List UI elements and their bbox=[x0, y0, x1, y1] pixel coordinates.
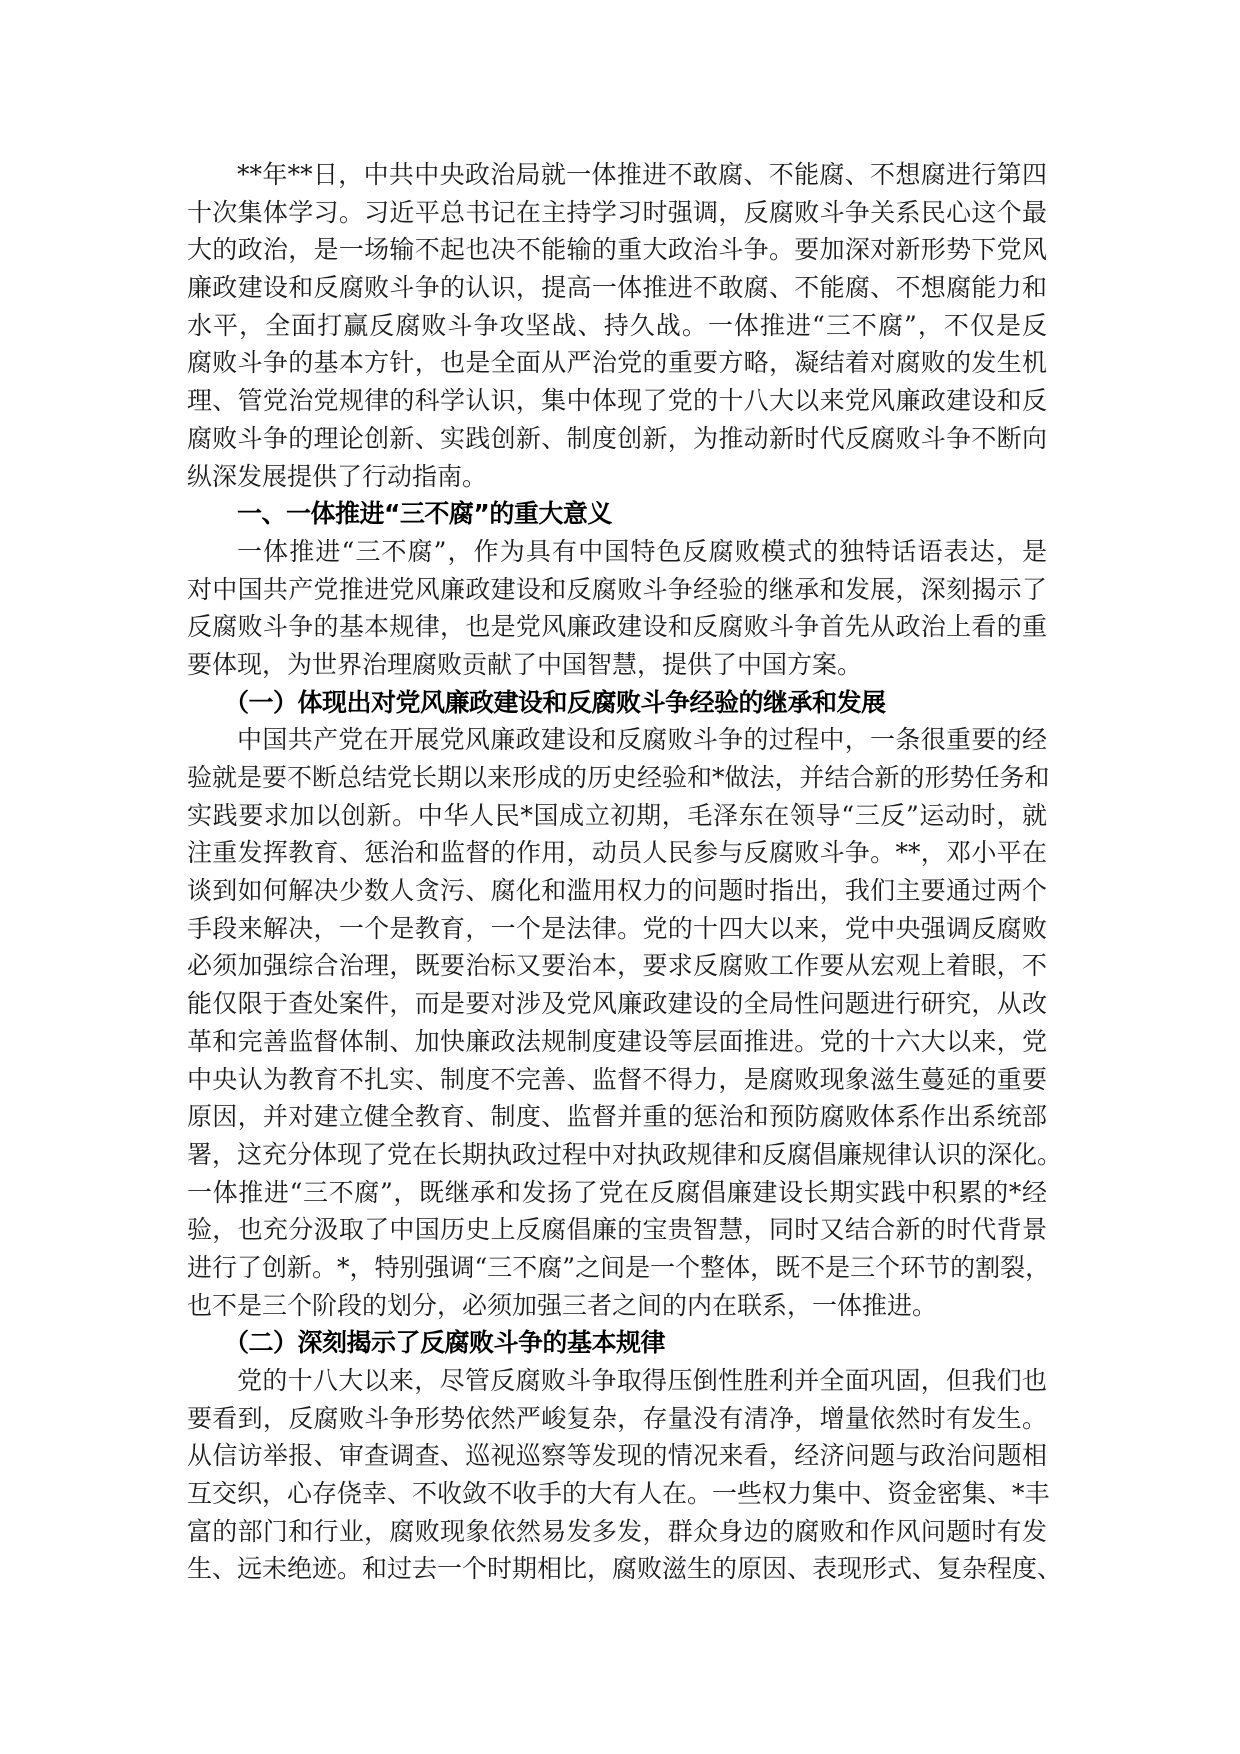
subsection-heading-2: （二）深刻揭示了反腐败斗争的基本规律 bbox=[187, 1324, 1047, 1362]
text-line: 一体推进“三不腐”，作为具有中国特色反腐败模式的独特话语表达，是 bbox=[187, 533, 1047, 571]
text-line: 实践要求加以创新。中华人民*国成立初期，毛泽东在领导“三反”运动时，就 bbox=[187, 797, 1047, 835]
text-line: 腐败斗争的理论创新、实践创新、制度创新，为推动新时代反腐败斗争不断向 bbox=[187, 420, 1047, 458]
paragraph-intro: **年**日，中共中央政治局就一体推进不敢腐、不能腐、不想腐进行第四 十次集体学… bbox=[187, 156, 1047, 495]
paragraph-significance: 一体推进“三不腐”，作为具有中国特色反腐败模式的独特话语表达，是 对中国共产党推… bbox=[187, 533, 1047, 684]
text-line: 理、管党治党规律的科学认识，集中体现了党的十八大以来党风廉政建设和反 bbox=[187, 382, 1047, 420]
document-page: **年**日，中共中央政治局就一体推进不敢腐、不能腐、不想腐进行第四 十次集体学… bbox=[187, 156, 1047, 1588]
text-line: 要体现，为世界治理腐败贡献了中国智慧，提供了中国方案。 bbox=[187, 646, 1047, 684]
text-line: 生、远未绝迹。和过去一个时期相比，腐败滋生的原因、表现形式、复杂程度、 bbox=[187, 1550, 1047, 1588]
text-line: 注重发挥教育、惩治和监督的作用，动员人民参与反腐败斗争。**，邓小平在 bbox=[187, 834, 1047, 872]
paragraph-inheritance: 中国共产党在开展党风廉政建设和反腐败斗争的过程中，一条很重要的经 验就是要不断总… bbox=[187, 721, 1047, 1324]
text-line: 反腐败斗争的基本规律，也是党风廉政建设和反腐败斗争首先从政治上看的重 bbox=[187, 608, 1047, 646]
text-line: 十次集体学习。习近平总书记在主持学习时强调，反腐败斗争关系民心这个最 bbox=[187, 194, 1047, 232]
text-line: 手段来解决，一个是教育，一个是法律。党的十四大以来，党中央强调反腐败 bbox=[187, 910, 1047, 948]
text-line: 从信访举报、审查调查、巡视巡察等发现的情况来看，经济问题与政治问题相 bbox=[187, 1437, 1047, 1475]
text-line: 进行了创新。*，特别强调“三不腐”之间是一个整体，既不是三个环节的割裂， bbox=[187, 1249, 1047, 1287]
paragraph-basic-law: 党的十八大以来，尽管反腐败斗争取得压倒性胜利并全面巩固，但我们也 要看到，反腐败… bbox=[187, 1362, 1047, 1588]
text-line: 一体推进“三不腐”，既继承和发扬了党在反腐倡廉建设长期实践中积累的*经 bbox=[187, 1174, 1047, 1212]
text-line: 大的政治，是一场输不起也决不能输的重大政治斗争。要加深对新形势下党风 bbox=[187, 231, 1047, 269]
section-heading-1: 一、一体推进“三不腐”的重大意义 bbox=[187, 495, 1047, 533]
text-line: 水平，全面打赢反腐败斗争攻坚战、持久战。一体推进“三不腐”，不仅是反 bbox=[187, 307, 1047, 345]
text-line: 中央认为教育不扎实、制度不完善、监督不得力，是腐败现象滋生蔓延的重要 bbox=[187, 1061, 1047, 1099]
text-line: 也不是三个阶段的划分，必须加强三者之间的内在联系，一体推进。 bbox=[187, 1287, 1047, 1325]
subsection-heading-1: （一）体现出对党风廉政建设和反腐败斗争经验的继承和发展 bbox=[187, 684, 1047, 722]
text-line: 革和完善监督体制、加快廉政法规制度建设等层面推进。党的十六大以来，党 bbox=[187, 1023, 1047, 1061]
text-line: 谈到如何解决少数人贪污、腐化和滥用权力的问题时指出，我们主要通过两个 bbox=[187, 872, 1047, 910]
text-line: 腐败斗争的基本方针，也是全面从严治党的重要方略，凝结着对腐败的发生机 bbox=[187, 344, 1047, 382]
text-line: 富的部门和行业，腐败现象依然易发多发，群众身边的腐败和作风问题时有发 bbox=[187, 1513, 1047, 1551]
text-line: 必须加强综合治理，既要治标又要治本，要求反腐败工作要从宏观上着眼，不 bbox=[187, 947, 1047, 985]
text-line: 纵深发展提供了行动指南。 bbox=[187, 458, 1047, 496]
text-line: 党的十八大以来，尽管反腐败斗争取得压倒性胜利并全面巩固，但我们也 bbox=[187, 1362, 1047, 1400]
text-line: 对中国共产党推进党风廉政建设和反腐败斗争经验的继承和发展，深刻揭示了 bbox=[187, 571, 1047, 609]
text-line: 要看到，反腐败斗争形势依然严峻复杂，存量没有清净，增量依然时有发生。 bbox=[187, 1400, 1047, 1438]
text-line: 互交织，心存侥幸、不收敛不收手的大有人在。一些权力集中、资金密集、*丰 bbox=[187, 1475, 1047, 1513]
text-line: 验，也充分汲取了中国历史上反腐倡廉的宝贵智慧，同时又结合新的时代背景 bbox=[187, 1211, 1047, 1249]
text-line: **年**日，中共中央政治局就一体推进不敢腐、不能腐、不想腐进行第四 bbox=[187, 156, 1047, 194]
text-line: 验就是要不断总结党长期以来形成的历史经验和*做法，并结合新的形势任务和 bbox=[187, 759, 1047, 797]
text-line: 中国共产党在开展党风廉政建设和反腐败斗争的过程中，一条很重要的经 bbox=[187, 721, 1047, 759]
text-line: 廉政建设和反腐败斗争的认识，提高一体推进不敢腐、不能腐、不想腐能力和 bbox=[187, 269, 1047, 307]
text-line: 署，这充分体现了党在长期执政过程中对执政规律和反腐倡廉规律认识的深化。 bbox=[187, 1136, 1047, 1174]
text-line: 原因，并对建立健全教育、制度、监督并重的惩治和预防腐败体系作出系统部 bbox=[187, 1098, 1047, 1136]
text-line: 能仅限于查处案件，而是要对涉及党风廉政建设的全局性问题进行研究，从改 bbox=[187, 985, 1047, 1023]
